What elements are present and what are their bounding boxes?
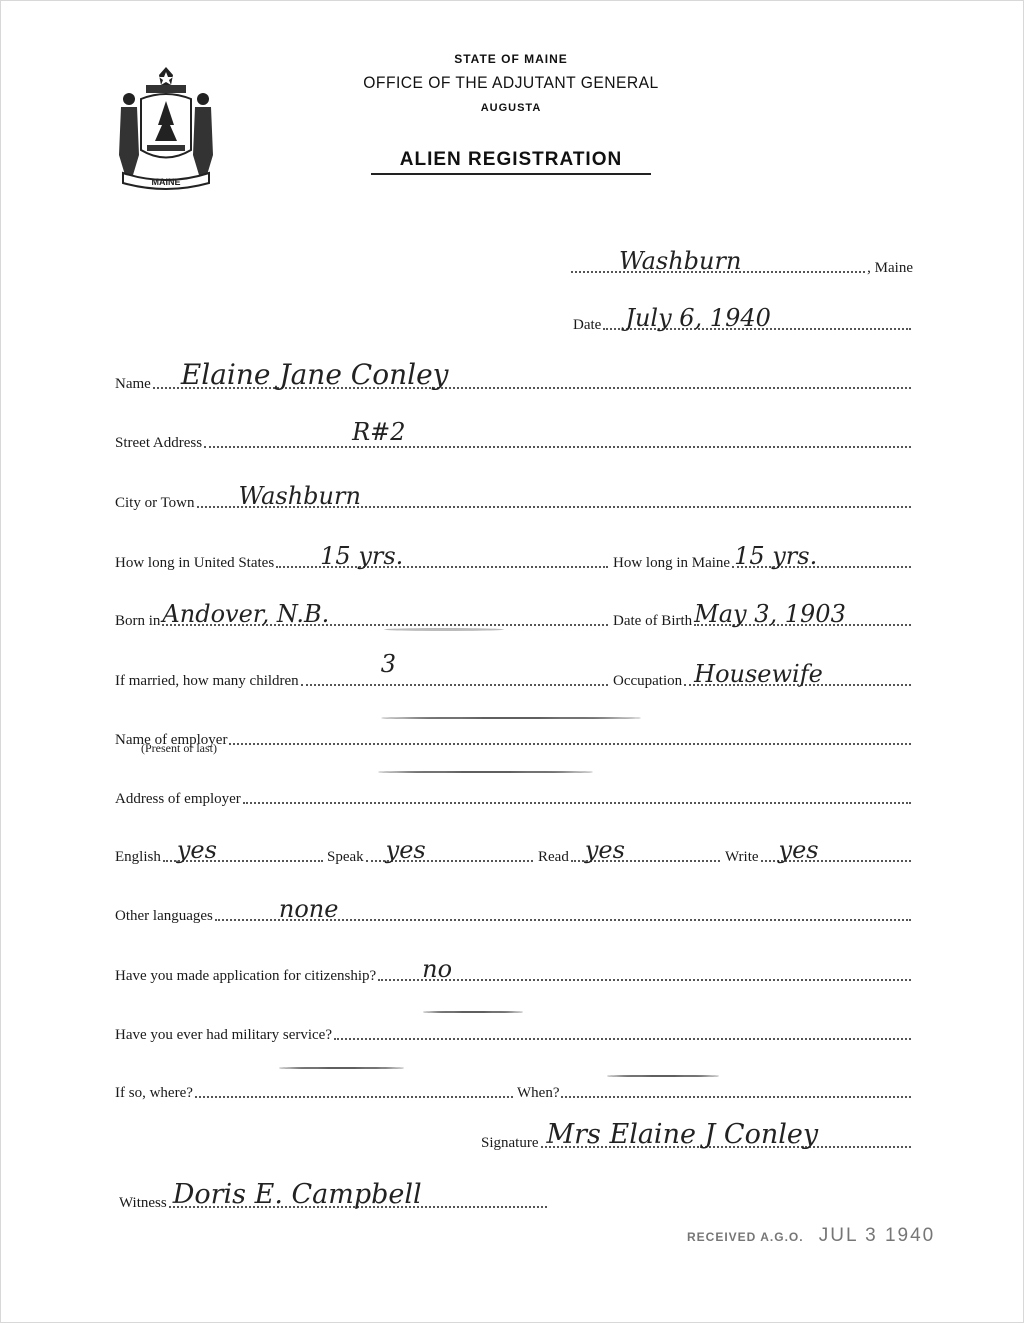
received-stamp-label: RECEIVED A.G.O. [687, 1230, 804, 1244]
employer-name-field[interactable]: Name of employer [115, 718, 913, 748]
occupation-value: Housewife [694, 660, 823, 688]
city-or-town-label: City or Town [115, 496, 195, 511]
children-field[interactable]: If married, how many children 3 [115, 659, 610, 689]
when-label: When? [517, 1086, 559, 1101]
children-label: If married, how many children [115, 674, 299, 689]
citizenship-value: no [422, 955, 452, 983]
alien-registration-form: MAINE STATE OF MAINE OFFICE OF THE ADJUT… [0, 0, 1024, 1323]
other-languages-field[interactable]: Other languages none [115, 894, 913, 924]
how-long-maine-field[interactable]: How long in Maine 15 yrs. [613, 541, 913, 571]
received-stamp-date: JUL 3 1940 [819, 1225, 935, 1246]
write-field[interactable]: Write yes [725, 835, 913, 865]
occupation-label: Occupation [613, 674, 682, 689]
ink-smudge [384, 628, 504, 631]
born-in-field[interactable]: Born in Andover, N.B. [115, 599, 610, 629]
street-address-field[interactable]: Street Address R#2 [115, 421, 913, 451]
citizenship-field[interactable]: Have you made application for citizenshi… [115, 954, 913, 984]
write-value: yes [779, 836, 819, 864]
maine-state-seal-icon: MAINE [111, 65, 221, 193]
how-long-maine-value: 15 yrs. [734, 542, 817, 570]
read-value: yes [585, 836, 625, 864]
received-stamp: RECEIVED A.G.O. JUL 3 1940 [687, 1225, 935, 1247]
signature-value: Mrs Elaine J Conley [547, 1119, 819, 1150]
street-address-value: R#2 [352, 418, 405, 446]
date-label: Date [573, 318, 601, 333]
employer-address-field[interactable]: Address of employer [115, 777, 913, 807]
employer-address-label: Address of employer [115, 792, 241, 807]
date-of-birth-label: Date of Birth [613, 614, 692, 629]
english-field[interactable]: English yes [115, 835, 325, 865]
employer-address-dash [378, 771, 593, 773]
date-of-birth-value: May 3, 1903 [694, 600, 846, 628]
english-label: English [115, 850, 161, 865]
other-languages-value: none [279, 895, 339, 923]
place-label: , Maine [867, 261, 913, 276]
svg-text:MAINE: MAINE [152, 177, 181, 187]
form-title: ALIEN REGISTRATION [371, 149, 651, 175]
other-languages-label: Other languages [115, 909, 213, 924]
date-field[interactable]: Date July 6, 1940 [573, 303, 913, 333]
how-long-us-field[interactable]: How long in United States 15 yrs. [115, 541, 610, 571]
city-or-town-field[interactable]: City or Town Washburn [115, 481, 913, 511]
when-field[interactable]: When? [517, 1071, 913, 1101]
header-city: AUGUSTA [331, 102, 691, 114]
how-long-us-value: 15 yrs. [320, 542, 403, 570]
signature-label: Signature [481, 1136, 539, 1151]
street-address-label: Street Address [115, 436, 202, 451]
city-or-town-value: Washburn [239, 482, 361, 510]
occupation-field[interactable]: Occupation Housewife [613, 659, 913, 689]
read-field[interactable]: Read yes [538, 835, 722, 865]
where-label: If so, where? [115, 1086, 193, 1101]
name-value: Elaine Jane Conley [181, 358, 449, 391]
how-long-us-label: How long in United States [115, 556, 274, 571]
signature-field[interactable]: Signature Mrs Elaine J Conley [481, 1121, 913, 1151]
witness-value: Doris E. Campbell [173, 1179, 422, 1210]
speak-field[interactable]: Speak yes [327, 835, 535, 865]
witness-field[interactable]: Witness Doris E. Campbell [119, 1181, 549, 1211]
military-service-field[interactable]: Have you ever had military service? [115, 1013, 913, 1043]
how-long-maine-label: How long in Maine [613, 556, 730, 571]
place-value: Washburn [619, 247, 741, 275]
write-label: Write [725, 850, 759, 865]
read-label: Read [538, 850, 569, 865]
where-dash [279, 1067, 404, 1069]
employer-name-sublabel: (Present or last) [141, 741, 217, 756]
name-label: Name [115, 377, 151, 392]
english-value: yes [177, 836, 217, 864]
date-value: July 6, 1940 [625, 304, 771, 332]
children-value: 3 [381, 650, 396, 678]
born-in-label: Born in [115, 614, 160, 629]
header-state: STATE OF MAINE [331, 52, 691, 66]
speak-label: Speak [327, 850, 364, 865]
witness-label: Witness [119, 1196, 167, 1211]
military-service-label: Have you ever had military service? [115, 1028, 332, 1043]
name-field[interactable]: Name Elaine Jane Conley [115, 362, 913, 392]
header-office: OFFICE OF THE ADJUTANT GENERAL [345, 73, 676, 93]
born-in-value: Andover, N.B. [162, 600, 329, 628]
speak-value: yes [386, 836, 426, 864]
where-field[interactable]: If so, where? [115, 1071, 515, 1101]
date-of-birth-field[interactable]: Date of Birth May 3, 1903 [613, 599, 913, 629]
citizenship-label: Have you made application for citizenshi… [115, 969, 376, 984]
place-field[interactable]: Washburn , Maine [569, 246, 913, 276]
